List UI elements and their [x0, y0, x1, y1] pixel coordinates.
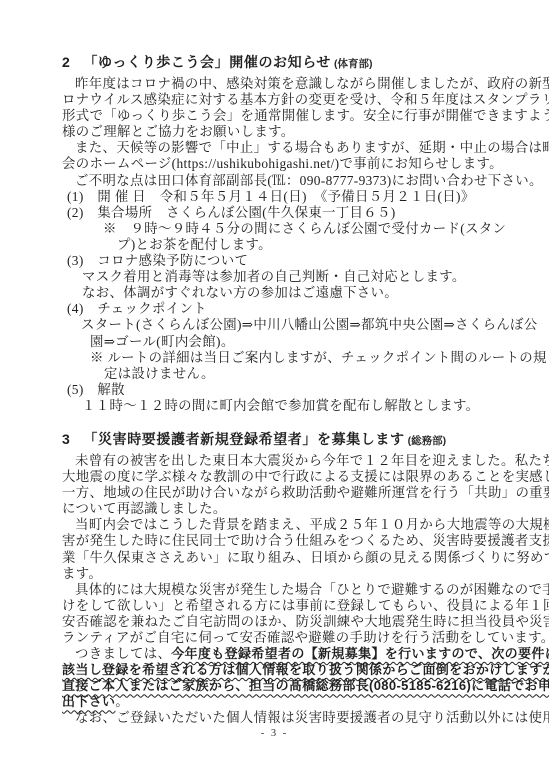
text-line: 害が発生した時に住民同士で助け合う仕組みをつくるため、災害時要援護者支援事 — [62, 533, 512, 549]
text-line: 園⇒ゴール(町内会館)。 — [62, 334, 512, 350]
text-segment: つきましては、 — [75, 646, 171, 661]
text-line: ※ ルートの詳細は当日ご案内しますが、チェックポイント間のルートの規 — [62, 350, 512, 366]
text-line: プ)とお茶を配付します。 — [62, 237, 512, 253]
text-segment: 当町内会ではこうした背景を踏まえ、平成２５年１０月から大地震等の大規模災 — [75, 517, 549, 532]
text-segment: (5) 解散 — [67, 382, 125, 397]
text-segment: (3) コロナ感染予防について — [67, 253, 248, 268]
text-line: (3) コロナ感染予防について — [62, 253, 512, 269]
text-segment: 今年度も登録希望者の【新規募集】を行いますので、次の要件に — [171, 646, 549, 661]
text-line: 出下さい。 — [62, 694, 512, 710]
text-line: なお、ご登録いただいた個人情報は災害時要援護者の見守り活動以外には使用し — [62, 710, 512, 726]
text-line: 業「牛久保東ささえあい」に取り組み、日頃から顔の見える関係づくりに努めてい — [62, 550, 512, 566]
text-segment: 未曾有の被害を出した東日本大震災から今年で１２年目を迎えました。私たちは — [75, 453, 549, 468]
text-segment: 出下さい — [62, 694, 115, 709]
text-segment: 会のホームページ(https://ushikubohigashi.net/)で事… — [62, 156, 503, 171]
text-line: 形式で「ゆっくり歩こう会」を通常開催します。安全に行事が開催できますよう皆 — [62, 108, 512, 124]
text-line: 定は設けません。 — [62, 366, 512, 382]
text-segment: 該当し登録を希望される方は個人情報を取り扱う関係からご面倒をおかけしますが、 — [62, 662, 549, 677]
text-line: ご不明な点は田口体育部副部長(℡：090-8777-9373)にお問い合わせ下さ… — [62, 173, 512, 189]
section: 3「災害時要援護者新規登録希望者」を募集します(総務部)未曾有の被害を出した東日… — [62, 429, 512, 727]
text-segment: 昨年度はコロナ禍の中、感染対策を意識しながら開催しましたが、政府の新型コ — [75, 76, 549, 91]
page-number: - 3 - — [0, 728, 549, 739]
section-number: 2 — [62, 52, 70, 72]
text-segment: 直接ご本人またはご家族から、担当の髙橋総務部長(080-5185-6216)に電… — [62, 678, 549, 693]
text-segment: スタート(さくらんぼ公園)⇒中川八幡山公園⇒都筑中央公園⇒さくらんぼ公 — [81, 317, 538, 332]
text-segment: (1) 開 催 日 令和５年５月１４日(日) 《予備日５月２１日(日)》 — [67, 189, 475, 204]
text-line: つきましては、今年度も登録希望者の【新規募集】を行いますので、次の要件に — [62, 646, 512, 662]
text-line: ランティアがご自宅に伺って安否確認や避難の手助けを行う活動をしています。 — [62, 630, 512, 646]
text-line: 未曾有の被害を出した東日本大震災から今年で１２年目を迎えました。私たちは — [62, 453, 512, 469]
text-line: 一方、地域の住民が助け合いながら救助活動や避難所運営を行う「共助」の重要性 — [62, 485, 512, 501]
document-page: 2「ゆっくり歩こう会」開催のお知らせ(体育部)昨年度はコロナ禍の中、感染対策を意… — [0, 0, 549, 776]
text-line: 様のご理解とご協力をお願いします。 — [62, 124, 512, 140]
text-segment: 定は設けません。 — [104, 366, 215, 381]
section-number: 3 — [62, 429, 70, 449]
text-segment: 様のご理解とご協力をお願いします。 — [62, 124, 295, 139]
text-line: 大地震の度に学ぶ様々な教訓の中で行政による支援には限界のあることを実感した — [62, 469, 512, 485]
text-segment: (4) チェックポイント — [67, 301, 207, 316]
text-line: ロナウイルス感染症に対する基本方針の変更を受け、令和５年度はスタンプラリー — [62, 92, 512, 108]
text-line: 直接ご本人またはご家族から、担当の髙橋総務部長(080-5185-6216)に電… — [62, 678, 512, 694]
text-line: 具体的には大規模な災害が発生した場合「ひとりで避難するのが困難なので手助 — [62, 582, 512, 598]
section-dept: (体育部) — [334, 58, 373, 70]
text-segment: なお、ご登録いただいた個人情報は災害時要援護者の見守り活動以外には使用し — [75, 710, 549, 725]
text-segment: けをして欲しい」と希望される方には事前に登録してもらい、役員による年１回の — [62, 598, 549, 613]
text-segment: １１時～１２時の間に町内会館で参加賞を配布し解散とします。 — [82, 398, 479, 413]
text-line: 昨年度はコロナ禍の中、感染対策を意識しながら開催しましたが、政府の新型コ — [62, 76, 512, 92]
text-line: (2) 集合場所 さくらんぼ公園(牛久保東一丁目６５) — [62, 205, 512, 221]
text-segment: プ)とお茶を配付します。 — [117, 237, 272, 252]
text-segment: 具体的には大規模な災害が発生した場合「ひとりで避難するのが困難なので手助 — [75, 582, 549, 597]
text-line: なお、体調がすぐれない方の参加はご遠慮下さい。 — [62, 285, 512, 301]
text-line: マスク着用と消毒等は参加者の自己判断・自己対応とします。 — [62, 269, 512, 285]
section-title: 「ゆっくり歩こう会」開催のお知らせ — [83, 54, 331, 70]
text-line: けをして欲しい」と希望される方には事前に登録してもらい、役員による年１回の — [62, 598, 512, 614]
text-segment: ご不明な点は田口体育部副部長(℡：090-8777-9373)にお問い合わせ下さ… — [75, 173, 543, 188]
text-line: 安否確認を兼ねたご自宅訪問のほか、防災訓練や大地震発生時に担当役員や災害ボ — [62, 614, 512, 630]
text-segment: について再認識しました。 — [62, 501, 227, 516]
text-segment: 害が発生した時に住民同士で助け合う仕組みをつくるため、災害時要援護者支援事 — [62, 533, 549, 548]
text-segment: 園⇒ゴール(町内会館)。 — [90, 334, 235, 349]
text-segment: 。 — [115, 694, 129, 709]
text-segment: 安否確認を兼ねたご自宅訪問のほか、防災訓練や大地震発生時に担当役員や災害ボ — [62, 614, 549, 629]
text-line: (1) 開 催 日 令和５年５月１４日(日) 《予備日５月２１日(日)》 — [62, 189, 512, 205]
text-segment: ※ ９時～９時４５分の間にさくらんぼ公園で受付カード(スタン — [103, 221, 506, 236]
text-line: について再認識しました。 — [62, 501, 512, 517]
section: 2「ゆっくり歩こう会」開催のお知らせ(体育部)昨年度はコロナ禍の中、感染対策を意… — [62, 52, 512, 414]
text-segment: ロナウイルス感染症に対する基本方針の変更を受け、令和５年度はスタンプラリー — [62, 92, 549, 107]
text-segment: 業「牛久保東ささえあい」に取り組み、日頃から顔の見える関係づくりに努めてい — [62, 550, 549, 565]
text-segment: ます。 — [62, 566, 102, 581]
sections: 2「ゆっくり歩こう会」開催のお知らせ(体育部)昨年度はコロナ禍の中、感染対策を意… — [62, 52, 512, 727]
text-line: ます。 — [62, 566, 512, 582]
text-segment: また、天候等の影響で「中止」する場合もありますが、延期・中止の場合は町内 — [75, 140, 549, 155]
text-line: ※ ９時～９時４５分の間にさくらんぼ公園で受付カード(スタン — [62, 221, 512, 237]
text-segment: なお、体調がすぐれない方の参加はご遠慮下さい。 — [82, 285, 398, 300]
text-segment: 形式で「ゆっくり歩こう会」を通常開催します。安全に行事が開催できますよう皆 — [62, 108, 549, 123]
text-segment: 大地震の度に学ぶ様々な教訓の中で行政による支援には限界のあることを実感した — [62, 469, 549, 484]
text-segment: ランティアがご自宅に伺って安否確認や避難の手助けを行う活動をしています。 — [62, 630, 549, 645]
text-line: (5) 解散 — [62, 382, 512, 398]
text-line: １１時～１２時の間に町内会館で参加賞を配布し解散とします。 — [62, 398, 512, 414]
section-heading: 3「災害時要援護者新規登録希望者」を募集します(総務部) — [62, 429, 512, 451]
text-segment: ※ ルートの詳細は当日ご案内しますが、チェックポイント間のルートの規 — [90, 350, 547, 365]
section-heading: 2「ゆっくり歩こう会」開催のお知らせ(体育部) — [62, 52, 512, 74]
text-line: スタート(さくらんぼ公園)⇒中川八幡山公園⇒都筑中央公園⇒さくらんぼ公 — [62, 317, 512, 333]
text-line: 会のホームページ(https://ushikubohigashi.net/)で事… — [62, 156, 512, 172]
text-segment: マスク着用と消毒等は参加者の自己判断・自己対応とします。 — [82, 269, 466, 284]
text-segment: (2) 集合場所 さくらんぼ公園(牛久保東一丁目６５) — [67, 205, 396, 220]
section-dept: (総務部) — [408, 435, 447, 447]
text-line: (4) チェックポイント — [62, 301, 512, 317]
section-title: 「災害時要援護者新規登録希望者」を募集します — [83, 431, 404, 447]
text-line: また、天候等の影響で「中止」する場合もありますが、延期・中止の場合は町内 — [62, 140, 512, 156]
text-segment: 一方、地域の住民が助け合いながら救助活動や避難所運営を行う「共助」の重要性 — [62, 485, 549, 500]
document-content: 2「ゆっくり歩こう会」開催のお知らせ(体育部)昨年度はコロナ禍の中、感染対策を意… — [62, 52, 512, 727]
text-line: 当町内会ではこうした背景を踏まえ、平成２５年１０月から大地震等の大規模災 — [62, 517, 512, 533]
text-line: 該当し登録を希望される方は個人情報を取り扱う関係からご面倒をおかけしますが、 — [62, 662, 512, 678]
